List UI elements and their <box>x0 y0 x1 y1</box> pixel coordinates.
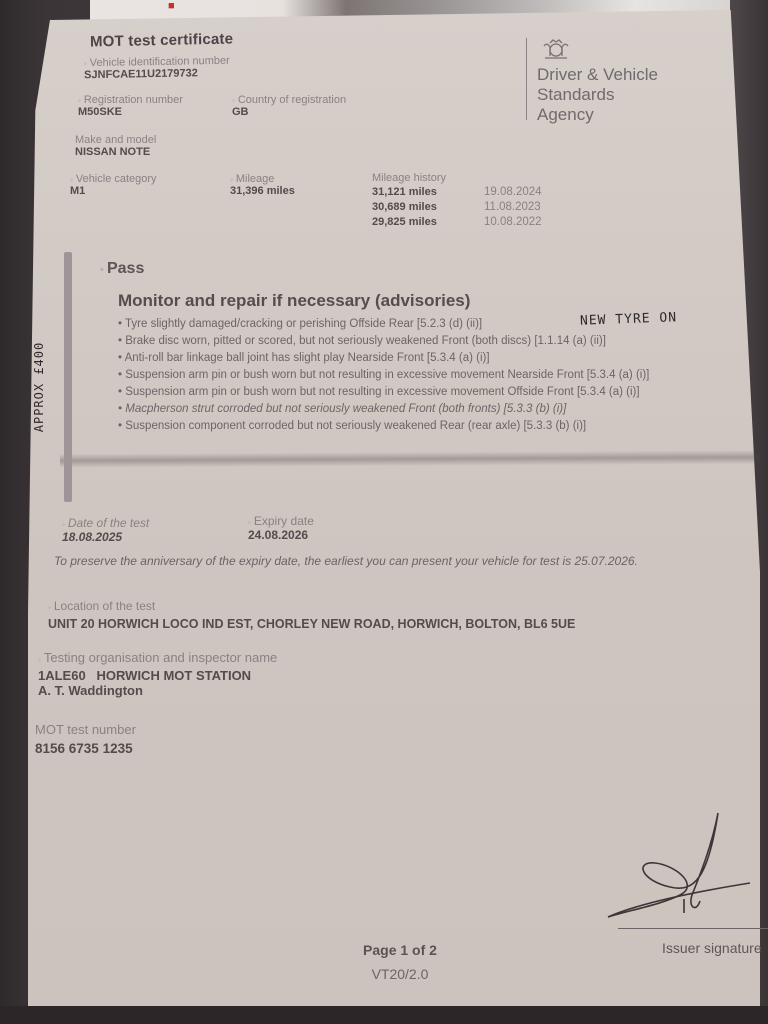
background-packaging: ■ <box>168 0 175 12</box>
preserve-anniversary-note: To preserve the anniversary of the expir… <box>54 552 694 571</box>
make-model-value: NISSAN NOTE <box>75 146 156 158</box>
registration-label: Registration number <box>84 94 183 106</box>
registration-value: M50SKE <box>78 106 183 118</box>
test-number-label: MOT test number <box>35 722 136 737</box>
testing-organisation: 1ALE60 HORWICH MOT STATION <box>38 668 277 683</box>
royal-coat-of-arms-icon <box>539 38 573 60</box>
form-code: VT20/2.0 <box>340 966 460 982</box>
signature-line <box>618 928 768 929</box>
vin-value: SJNFCAE11U2179732 <box>84 67 230 82</box>
history-miles: 31,121 miles <box>372 186 484 198</box>
advisories-list-container: Tyre slightly damaged/cracking or perish… <box>118 317 708 436</box>
history-date: 10.08.2022 <box>484 216 574 228</box>
mileage-block: ◦Mileage 31,396 miles <box>230 173 295 197</box>
info-icon: ◦ <box>230 175 233 184</box>
tester-label: Testing organisation and inspector name <box>44 650 277 665</box>
handwritten-margin-note: APPROX £400 <box>32 342 46 432</box>
dvsa-logo: Driver & Vehicle Standards Agency <box>526 38 658 120</box>
agency-name: Driver & Vehicle Standards Agency <box>537 65 658 125</box>
history-date: 19.08.2024 <box>484 186 574 198</box>
mileage-history: Mileage history 31,121 miles 19.08.2024 … <box>372 172 574 228</box>
info-icon: ◦ <box>78 96 81 105</box>
info-icon: ◦ <box>38 655 41 664</box>
location-value: UNIT 20 HORWICH LOCO IND EST, CHORLEY NE… <box>48 617 575 631</box>
expiry-date-label: Expiry date <box>254 514 314 528</box>
history-miles: 29,825 miles <box>372 216 484 228</box>
info-icon: ◦ <box>48 603 51 612</box>
info-icon: ◦ <box>248 518 251 527</box>
test-date-block: ◦Date of the test 18.08.2025 <box>62 516 149 544</box>
mileage-history-label: Mileage history <box>372 172 574 184</box>
info-icon: ◦ <box>62 520 65 529</box>
tester-block: ◦Testing organisation and inspector name… <box>38 650 277 698</box>
issuer-signature-label: Issuer signature <box>662 940 762 956</box>
document-title: MOT test certificate <box>90 31 234 51</box>
expiry-date-value: 24.08.2026 <box>248 528 314 542</box>
advisories-title: Monitor and repair if necessary (advisor… <box>118 291 470 311</box>
background-surface <box>0 1006 768 1024</box>
info-icon: ◦ <box>70 175 73 184</box>
history-date: 11.08.2023 <box>484 201 574 213</box>
result-status: Pass <box>107 260 144 277</box>
category-block: ◦Vehicle category M1 <box>70 173 157 197</box>
advisory-item: Anti-roll bar linkage ball joint has sli… <box>118 351 708 365</box>
make-model-block: Make and model NISSAN NOTE <box>75 134 156 158</box>
location-label: Location of the test <box>54 599 155 613</box>
location-block: ◦Location of the test UNIT 20 HORWICH LO… <box>48 599 575 631</box>
registration-block: ◦Registration number M50SKE <box>78 94 183 118</box>
advisory-item: Suspension arm pin or bush worn but not … <box>118 385 708 399</box>
category-value: M1 <box>70 185 157 197</box>
advisory-item: Macpherson strut corroded but not seriou… <box>118 402 708 416</box>
country-block: ◦Country of registration GB <box>232 94 346 118</box>
category-label: Vehicle category <box>76 173 157 185</box>
info-icon: ◦ <box>232 96 235 105</box>
result-indicator-bar <box>64 252 72 502</box>
info-icon: ◦ <box>100 264 107 276</box>
test-number-block: MOT test number 8156 6735 1235 <box>35 722 136 756</box>
advisory-item: Suspension arm pin or bush worn but not … <box>118 368 708 382</box>
issuer-signature-scribble <box>600 805 760 925</box>
advisory-item: Suspension component corroded but not se… <box>118 419 708 433</box>
page-number: Page 1 of 2 <box>340 942 460 958</box>
expiry-date-block: ◦Expiry date 24.08.2026 <box>248 514 314 542</box>
test-date-value: 18.08.2025 <box>62 530 149 544</box>
vin-block: ◦Vehicle identification number SJNFCAE11… <box>84 55 230 82</box>
country-value: GB <box>232 106 346 118</box>
test-date-label: Date of the test <box>68 516 149 530</box>
make-model-label: Make and model <box>75 134 156 146</box>
advisories-list: Tyre slightly damaged/cracking or perish… <box>118 317 708 433</box>
country-label: Country of registration <box>238 94 346 106</box>
advisory-item: Brake disc worn, pitted or scored, but n… <box>118 334 708 348</box>
history-miles: 30,689 miles <box>372 201 484 213</box>
info-icon: ◦ <box>84 59 87 68</box>
test-number-value: 8156 6735 1235 <box>35 741 136 756</box>
result-block: ◦ Pass <box>100 260 144 278</box>
inspector-name: A. T. Waddington <box>38 683 277 698</box>
mileage-label: Mileage <box>236 173 275 185</box>
mileage-value: 31,396 miles <box>230 185 295 197</box>
